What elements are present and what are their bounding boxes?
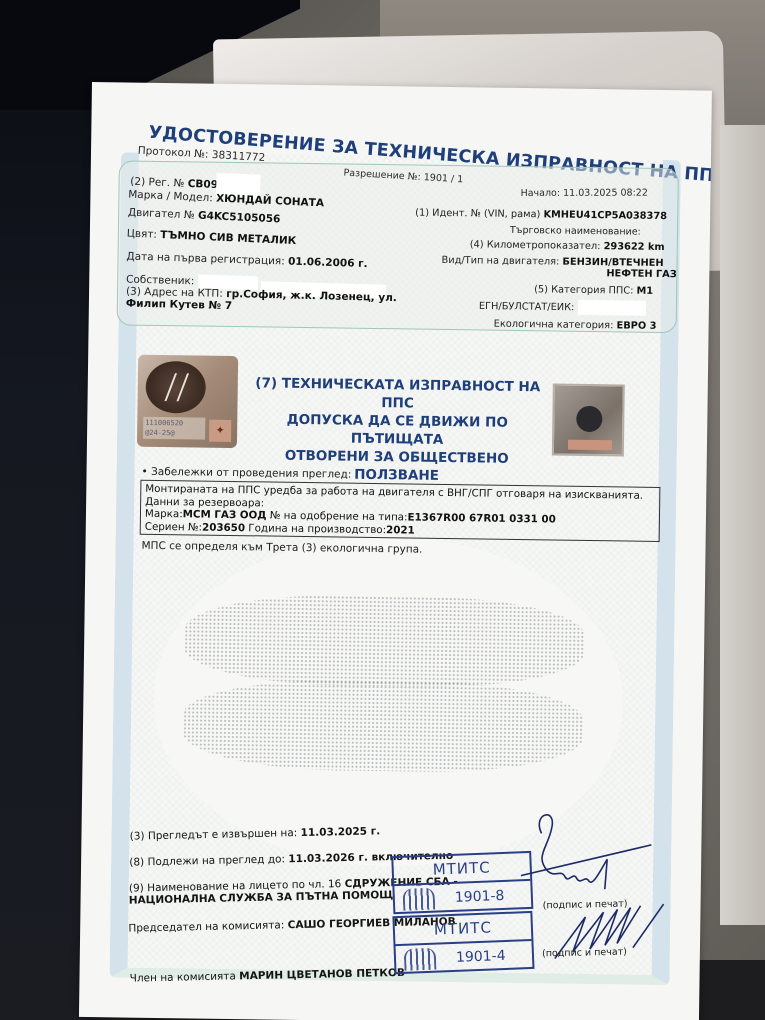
hologram-seal-icon <box>552 383 625 456</box>
category-value: M1 <box>636 286 653 297</box>
tank-serial-value: 203650 <box>202 521 245 534</box>
egn-field: ЕГН/БУЛСТАТ/ЕИК: <box>479 298 646 315</box>
statement-line-1: (7) ТЕХНИЧЕСКАТА ИЗПРАВНОСТ НА ППС <box>247 374 547 414</box>
inspection-done-date: 11.03.2025 г. <box>300 825 380 839</box>
ktp-logo-icon <box>404 948 437 971</box>
hologram-serial: 111006520 @24-25@ <box>143 417 205 440</box>
permit-value: 1901 / 1 <box>423 172 463 185</box>
security-dot-pattern <box>182 678 583 774</box>
redaction-box <box>577 300 645 316</box>
signature-label-2: (подпис и печат) <box>542 947 627 960</box>
reg-label: (2) Рег. № <box>130 176 185 190</box>
hologram-sticker: 111006520 @24-25@ ✦ <box>137 355 238 448</box>
inspector-stamp-1: МТИТС 1901-8 <box>391 851 533 914</box>
vin-value: KMHEU41CP5A038378 <box>543 209 667 222</box>
category-field: (5) Категория ППС: M1 <box>534 284 653 297</box>
engine-type-line2-field: НЕФТЕН ГАЗ <box>606 268 677 280</box>
eco-category-field: Екологична категория: ЕВРО 3 <box>494 319 657 332</box>
start-datetime: Начало: 11.03.2025 08:22 <box>521 188 648 199</box>
tank-year-label: Година на производство: <box>248 522 386 536</box>
color-label: Цвят: <box>126 228 157 241</box>
approval-value: E1367R00 67R01 0331 00 <box>407 511 555 525</box>
category-label: (5) Категория ППС: <box>534 284 633 296</box>
hologram-logo-icon: ✦ <box>209 420 231 442</box>
signature-1-icon <box>521 808 662 900</box>
start-label: Начало: <box>521 188 561 199</box>
security-dot-pattern <box>184 593 585 689</box>
first-registration-value: 01.06.2006 г. <box>288 256 368 270</box>
tank-brand-value: МСМ ГАЗ ООД <box>183 508 267 521</box>
reg-value: СВ09 <box>187 178 218 191</box>
ktp-address-line2: Филип Кутев № 7 <box>126 297 233 312</box>
vin-label: (1) Идент. № (VIN, рама) <box>415 208 540 221</box>
tank-serial-label: Сериен №: <box>145 520 202 533</box>
tank-brand-label: Марка: <box>145 508 183 521</box>
hologram-code: @24-25@ <box>145 428 203 439</box>
engine-type-line2: НЕФТЕН ГАЗ <box>606 268 677 280</box>
eco-category-value: ЕВРО 3 <box>616 320 656 332</box>
statement-line-3: ОТВОРЕНИ ЗА ОБЩЕСТВЕНО ПОЛЗВАНЕ <box>246 446 546 486</box>
member-label: Член на комисията <box>130 970 236 984</box>
hologram-emblem-icon <box>145 361 206 414</box>
engine-type-line1: БЕНЗИН/ВТЕЧНЕН <box>562 257 663 269</box>
ktp-address-line2-field: Филип Кутев № 7 <box>126 297 233 312</box>
statement-line-2: ДОПУСКА ДА СЕ ДВИЖИ ПО ПЪТИЩАТА <box>247 410 547 450</box>
engine-type-label: Вид/Тип на двигателя: <box>441 255 559 268</box>
trade-name-field: Търговско наименование: <box>510 225 641 238</box>
stamp-number-row: 1901-4 <box>396 941 533 974</box>
odometer-value: 293622 km <box>604 241 665 253</box>
eco-category-label: Екологична категория: <box>494 319 614 332</box>
inspector-stamp-2: МТИТС 1901-4 <box>392 911 534 974</box>
stamp-number-row: 1901-8 <box>394 881 531 914</box>
stamp-number: 1901-8 <box>454 882 505 912</box>
stamp-number: 1901-4 <box>455 942 506 972</box>
technical-inspection-certificate: УДОСТОВЕРЕНИЕ ЗА ТЕХНИЧЕСКА ИЗПРАВНОСТ Н… <box>79 82 712 1020</box>
ktp-logo-icon <box>402 888 435 911</box>
trade-name-label: Търговско наименование: <box>510 225 641 238</box>
background-papers <box>720 125 765 925</box>
remarks-box: Монтираната на ППС уредба за работа на д… <box>140 480 661 542</box>
tank-year-value: 2021 <box>386 524 415 536</box>
egn-label: ЕГН/БУЛСТАТ/ЕИК: <box>479 301 575 313</box>
odometer-label: (4) Километропоказател: <box>470 239 601 252</box>
start-value: 11.03.2025 08:22 <box>563 188 648 199</box>
